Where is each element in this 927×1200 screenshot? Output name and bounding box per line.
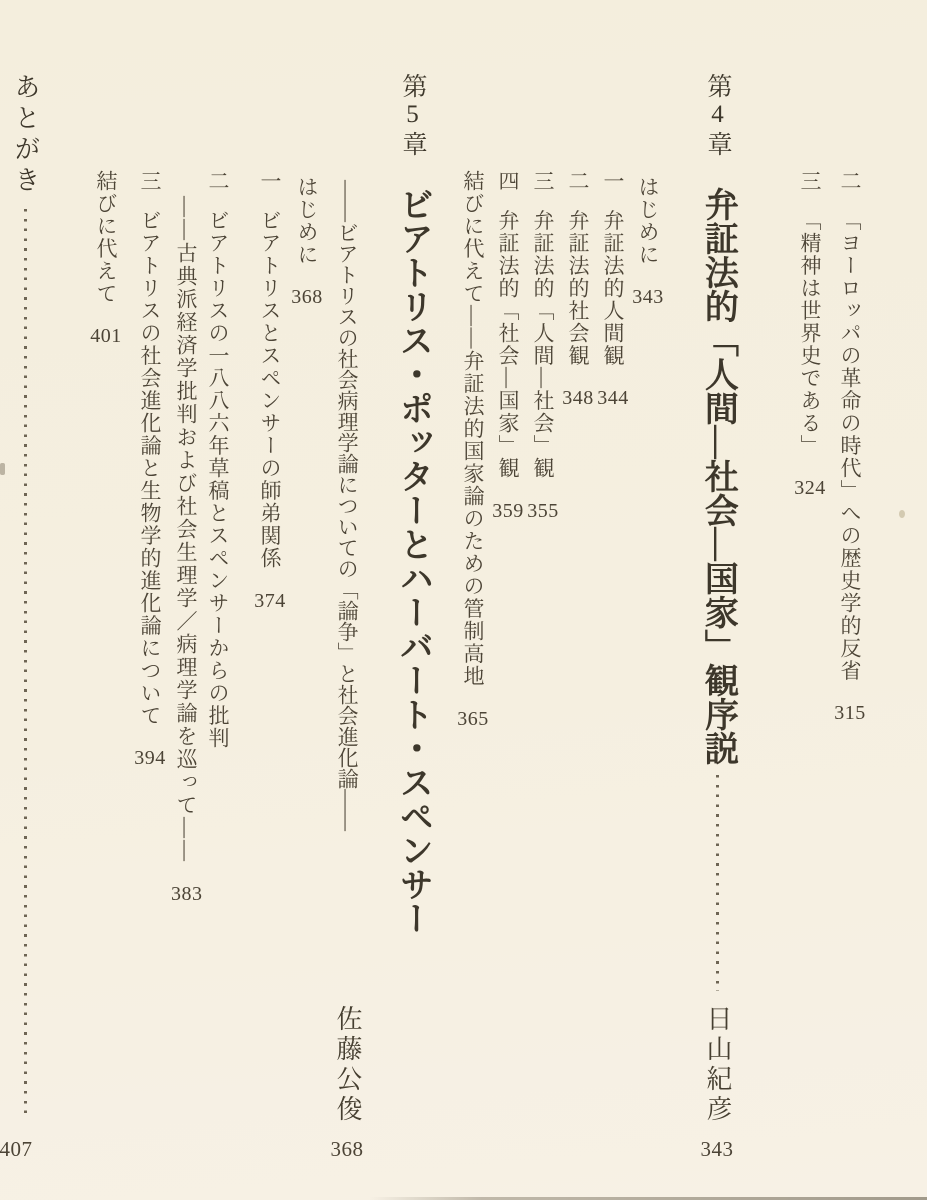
toc-entry-ch4-section-1: 一弁証法的人間観344 xyxy=(597,0,629,1162)
section-page-number: 315 xyxy=(834,697,866,729)
section-title: 「ヨーロッパの革命の時代」への歴史学的反省 xyxy=(838,210,862,683)
section-title: 弁証法的「人間―社会」観 xyxy=(531,210,555,480)
toc-entry-ch5-section-2-note: ――古典派経済学批判および社会生理学／病理学論を巡って――383 xyxy=(172,0,202,1162)
section-page-number: 368 xyxy=(291,281,323,313)
chapter-5-label: 第5章 xyxy=(398,73,426,159)
section-title: 弁証法的社会観 xyxy=(566,210,590,368)
section-number: 二 xyxy=(206,170,230,193)
section-page-number: 359 xyxy=(492,495,524,527)
toc-entry-ch4-section-2: 二弁証法的社会観348 xyxy=(562,0,594,1162)
section-number: 二 xyxy=(838,170,862,193)
chapter-5-author: 佐藤公俊 xyxy=(332,1005,362,1125)
section-page-number: 355 xyxy=(527,495,559,527)
section-number: 一 xyxy=(258,170,282,193)
section-page-number: 401 xyxy=(90,320,122,352)
section-number: 三 xyxy=(138,170,162,193)
toc-entry-ch5-intro: はじめに368 xyxy=(291,0,323,1162)
section-title: ビアトリスの一八八六年草稿とスペンサーからの批判 xyxy=(206,210,230,750)
section-page-number: 324 xyxy=(794,472,826,504)
section-title: 「精神は世界史である」 xyxy=(798,210,822,458)
section-page-number: 343 xyxy=(632,281,664,313)
section-number: 三 xyxy=(798,170,822,193)
chapter-4-title: 弁証法的「人間―社会―国家」観序説 xyxy=(699,187,736,765)
toc-entry-ch4-section-4: 四弁証法的「社会―国家」観359 xyxy=(492,0,524,1162)
afterword-title: あとがき xyxy=(10,73,40,197)
spacer xyxy=(346,841,349,991)
section-page-number: 374 xyxy=(254,585,286,617)
toc-entry-ch4-conclusion: 結びに代えて――弁証法的国家論のための管制高地365 xyxy=(457,0,489,1162)
scan-speck xyxy=(899,510,905,518)
book-toc-page: 二「ヨーロッパの革命の時代」への歴史学的反省315 三「精神は世界史である」32… xyxy=(0,0,927,1200)
section-number: 二 xyxy=(566,170,590,193)
toc-entry-ch5-conclusion: 結びに代えて401 xyxy=(90,0,122,1162)
toc-entry-ch4-section-3: 三弁証法的「人間―社会」観355 xyxy=(527,0,559,1162)
table-of-contents: 二「ヨーロッパの革命の時代」への歴史学的反省315 三「精神は世界史である」32… xyxy=(0,0,927,1200)
section-subtitle: ――古典派経済学批判および社会生理学／病理学論を巡って―― xyxy=(174,196,198,863)
section-page-number: 365 xyxy=(457,703,489,735)
section-title: 結びに代えて――弁証法的国家論のための管制高地 xyxy=(461,170,485,688)
section-page-number: 394 xyxy=(134,742,166,774)
toc-entry-ch4-intro: はじめに343 xyxy=(632,0,664,1162)
toc-entry-ch5-section-3: 三ビアトリスの社会進化論と生物学的進化論について394 xyxy=(134,0,166,1162)
section-page-number: 383 xyxy=(171,878,201,910)
afterword-page-number: 407 xyxy=(0,1137,36,1162)
dotted-leader xyxy=(24,209,27,1119)
section-number: 三 xyxy=(531,170,555,193)
chapter-5-page-number: 368 xyxy=(330,1137,364,1162)
chapter-4-heading: 第4章 弁証法的「人間―社会―国家」観序説 日山紀彦 343 xyxy=(687,0,747,1162)
section-title: はじめに xyxy=(295,176,319,266)
toc-entry-prev-section-2: 二「ヨーロッパの革命の時代」への歴史学的反省315 xyxy=(834,0,866,1162)
section-number: 一 xyxy=(601,170,625,193)
toc-entry-ch5-section-1: 一ビアトリスとスペンサーの師弟関係374 xyxy=(254,0,286,1162)
section-title: ビアトリスの社会進化論と生物学的進化論について xyxy=(138,210,162,728)
section-page-number: 344 xyxy=(597,382,629,414)
chapter-4-label: 第4章 xyxy=(703,73,731,159)
chapter-5-subtitle: ――ビアトリスの社会病理学論についての「論争」と社会進化論―― xyxy=(334,180,360,831)
chapter-5-heading: 第5章 ビアトリス・ポッターとハーバート・スペンサー xyxy=(382,0,442,1162)
dotted-leader xyxy=(716,775,719,991)
toc-entry-prev-section-3: 三「精神は世界史である」324 xyxy=(794,0,826,1162)
section-title: はじめに xyxy=(636,176,660,266)
chapter-5-title: ビアトリス・ポッターとハーバート・スペンサー xyxy=(394,187,431,935)
chapter-4-author: 日山紀彦 xyxy=(702,1005,732,1125)
chapter-5-subtitle-column: ――ビアトリスの社会病理学論についての「論争」と社会進化論―― 佐藤公俊 368 xyxy=(330,0,364,1162)
section-title: 弁証法的「社会―国家」観 xyxy=(496,210,520,480)
section-title: ビアトリスとスペンサーの師弟関係 xyxy=(258,210,282,570)
afterword-entry: あとがき 407 xyxy=(5,0,45,1162)
chapter-4-page-number: 343 xyxy=(687,1137,747,1162)
section-title: 結びに代えて xyxy=(94,170,118,305)
toc-entry-ch5-section-2: 二ビアトリスの一八八六年草稿とスペンサーからの批判 xyxy=(202,0,234,1162)
section-title: 弁証法的人間観 xyxy=(601,210,625,368)
section-page-number: 348 xyxy=(562,382,594,414)
scan-speck xyxy=(0,463,5,475)
section-number: 四 xyxy=(496,170,520,193)
